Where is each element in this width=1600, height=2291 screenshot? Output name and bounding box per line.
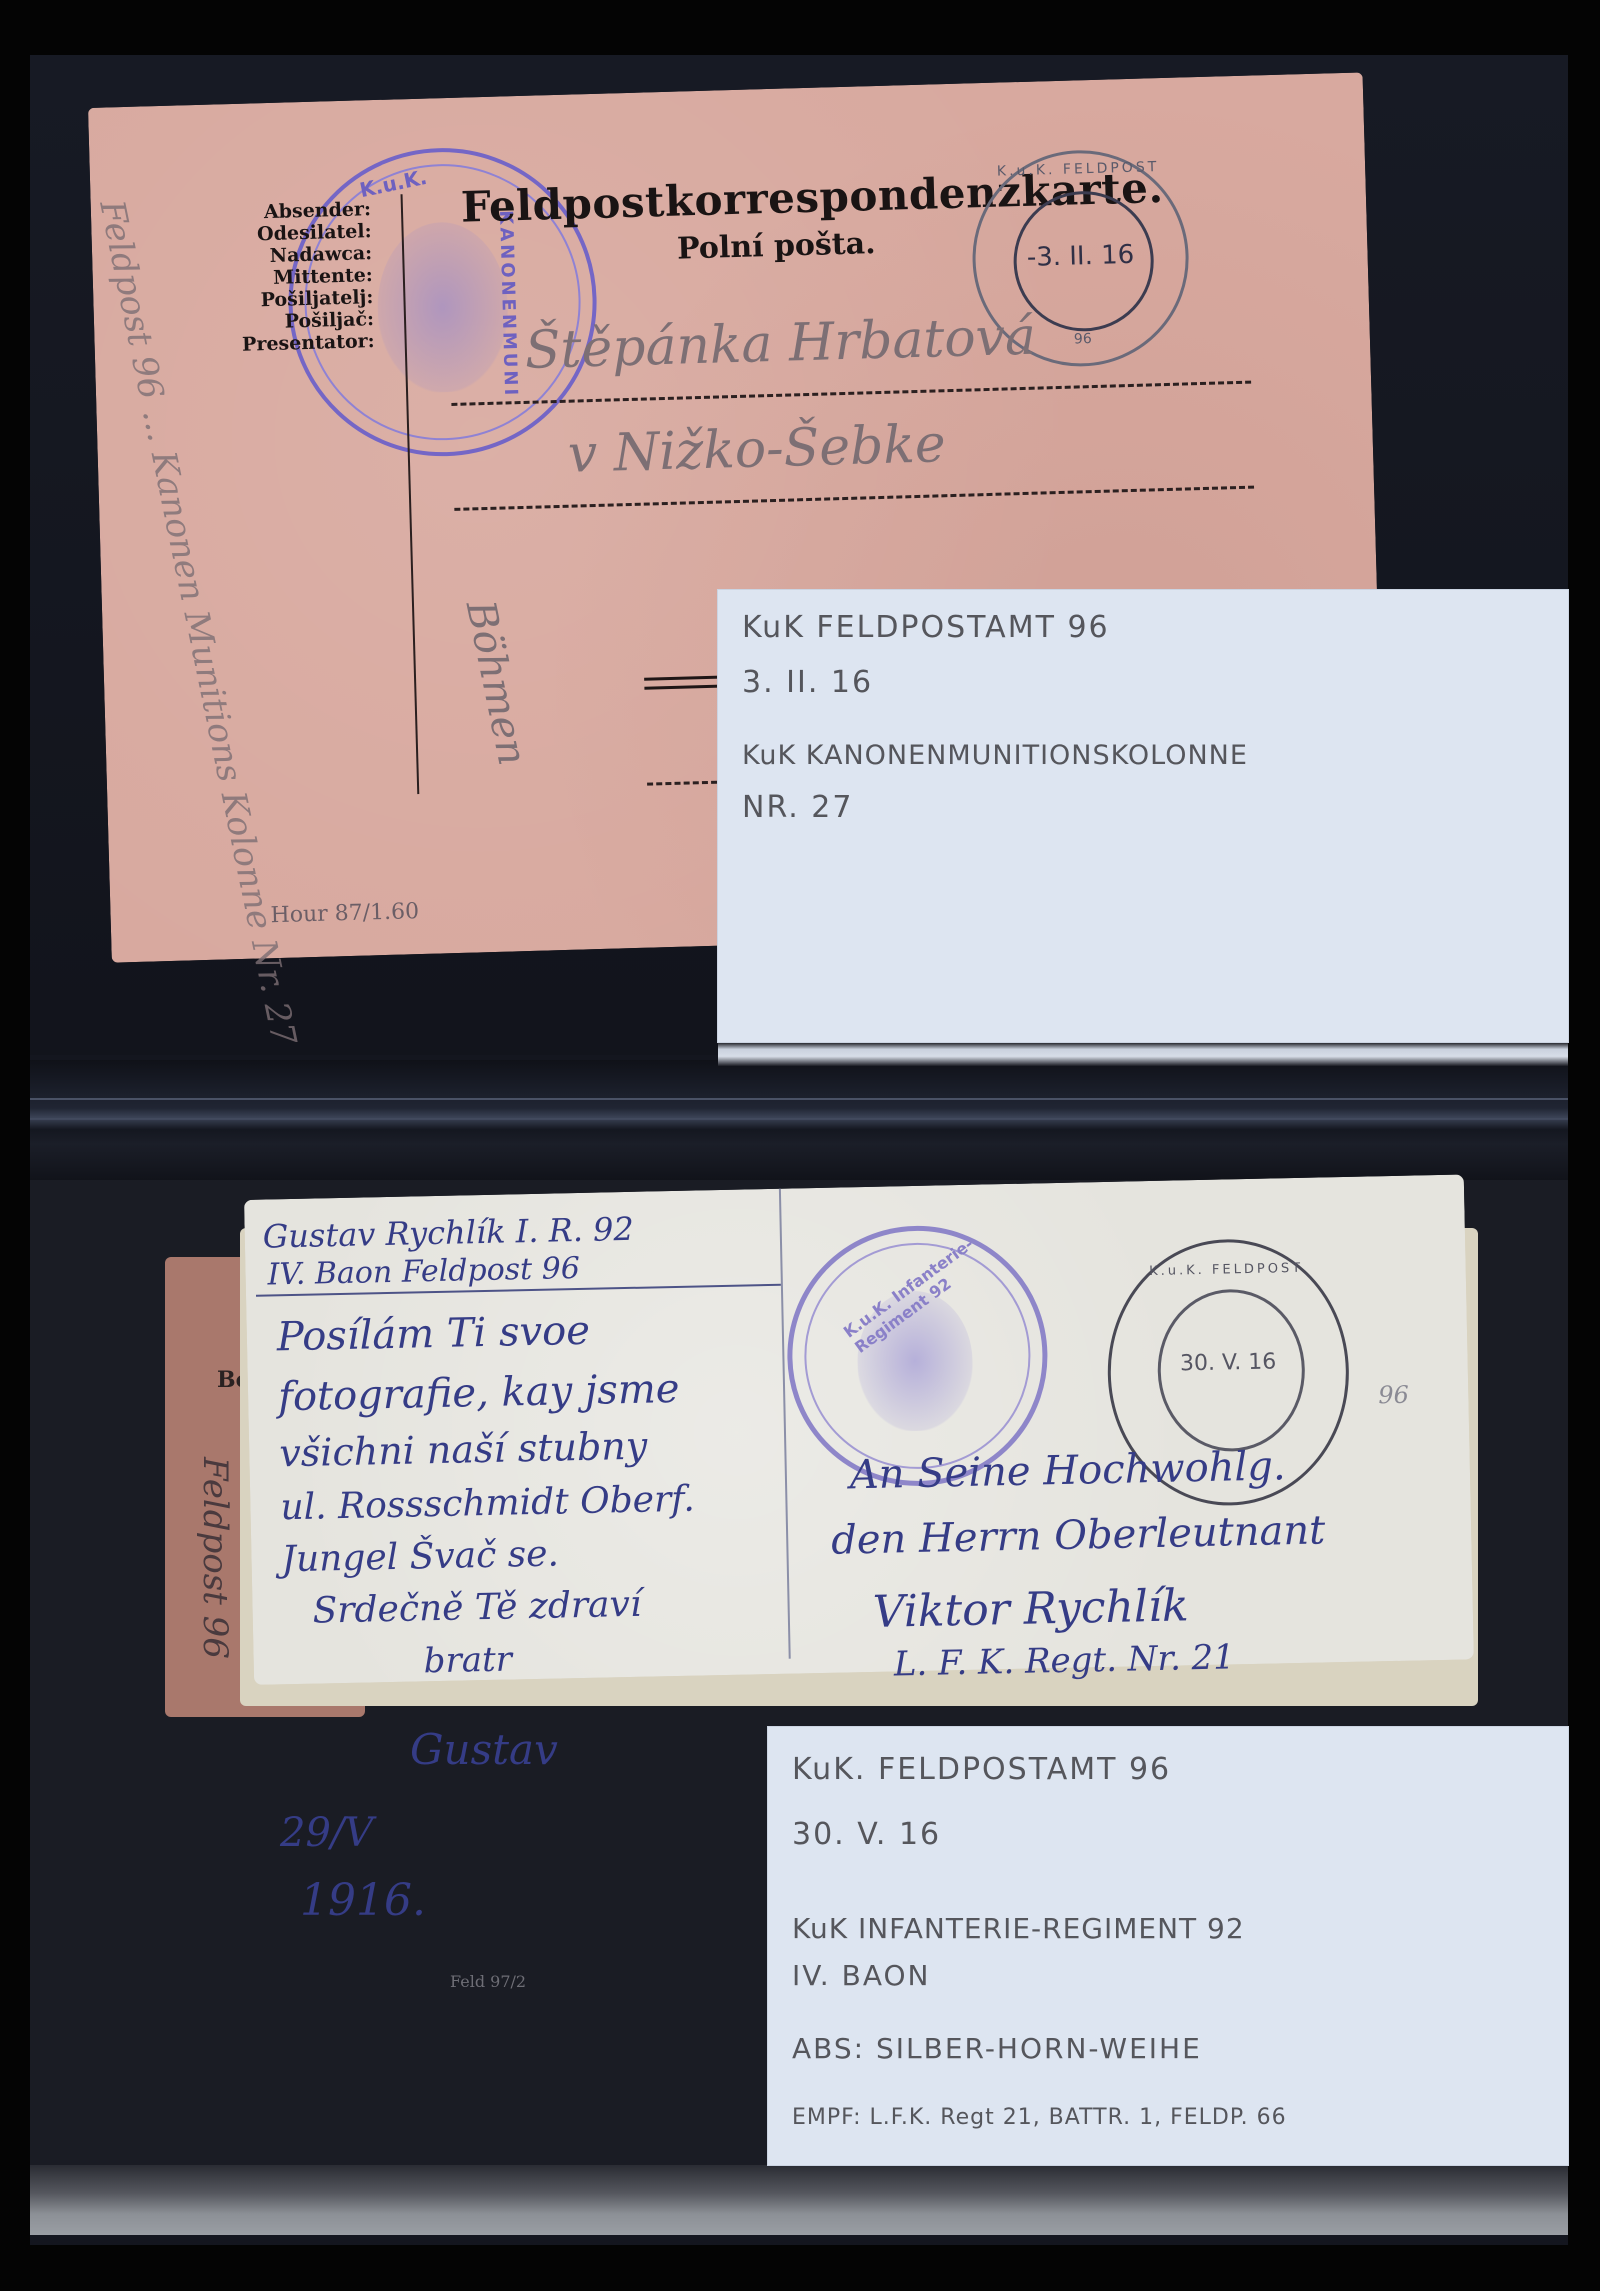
sender-unit-handwriting: IV. Baon Feldpost 96 (267, 1251, 580, 1293)
dealer-pencil-note: Hour 87/1.60 (270, 899, 419, 928)
label-line: EMPF: L.F.K. Regt 21, BATTR. 1, FELDP. 6… (792, 2105, 1287, 2130)
address-line: Viktor Rychlík (872, 1580, 1189, 1638)
message-line: Jungel Švač se. (281, 1533, 559, 1580)
address-handwriting-region: Böhmen (457, 597, 536, 769)
message-date-day: 29/V (280, 1810, 373, 1856)
description-label-bottom: KuK. FELDPOSTAMT 96 30. V. 16 KuK INFANT… (768, 1727, 1568, 2165)
address-handwriting-name: Štěpánka Hrbatová (524, 307, 1037, 381)
sender-label: Presentator: (219, 330, 375, 356)
message-date-year: 1916. (300, 1875, 426, 1926)
card-subtitle: Polní pošta. (677, 226, 876, 267)
label-line: ABS: SILBER-HORN-WEIHE (792, 2032, 1202, 2065)
label-line: KuK INFANTERIE-REGIMENT 92 (792, 1912, 1245, 1945)
back-card-handwriting: Feldpost 96 (195, 1457, 235, 1659)
label-edge-shadow (718, 1042, 1568, 1066)
address-line: An Seine Hochwohlg. (849, 1443, 1286, 1498)
sleeve-edge-line (30, 1098, 1568, 1100)
label-line: 3. II. 16 (742, 665, 873, 700)
sender-name-handwriting: Gustav Rychlík I. R. 92 (262, 1210, 634, 1256)
label-line: IV. BAON (792, 1959, 930, 1992)
pencil-number: 96 (1378, 1381, 1409, 1410)
sleeve-divider-strip (30, 1060, 1568, 1180)
postmark-top-text: K.u.K. FELDPOST (1109, 1260, 1344, 1280)
signature: Gustav (410, 1725, 558, 1774)
label-line: KuK KANONENMUNITIONSKOLONNE (742, 740, 1248, 771)
address-line: L. F. K. Regt. Nr. 21 (893, 1637, 1235, 1684)
message-line: fotografie, kay jsme (278, 1366, 680, 1420)
feldpost-card-bottom: Gustav Rychlík I. R. 92 IV. Baon Feldpos… (244, 1174, 1474, 1684)
sleeve-bottom-edge (30, 2165, 1568, 2235)
divider-line (779, 1189, 791, 1659)
label-line: KuK FELDPOSTAMT 96 (742, 610, 1110, 645)
message-line: všichni naší stubny (279, 1424, 648, 1476)
address-line (647, 781, 717, 786)
postmark-date: 30. V. 16 (1110, 1348, 1345, 1378)
message-line: Posílám Ti svoe (276, 1308, 590, 1361)
label-line: 30. V. 16 (792, 1817, 941, 1852)
address-double-line (644, 675, 724, 689)
postmark-top-text: K.u.K. FELDPOST (973, 158, 1183, 180)
message-line: bratr (423, 1639, 512, 1681)
address-handwriting-town: v Nižko-Šebke (567, 414, 946, 485)
postmark-date: -3. II. 16 (975, 238, 1186, 274)
description-label-top: KuK FELDPOSTAMT 96 3. II. 16 KuK KANONEN… (718, 590, 1568, 1042)
address-line (454, 486, 1254, 511)
sender-labels: Absender: Odesilatel: Nadawca: Mittente:… (216, 198, 375, 356)
address-line: den Herrn Oberleutnant (831, 1507, 1326, 1563)
sleeve-edge-line (30, 1118, 1568, 1120)
label-line: KuK. FELDPOSTAMT 96 (792, 1752, 1171, 1787)
message-line: Srdečně Tě zdraví (312, 1584, 642, 1632)
dealer-pencil-note: Feld 97/2 (450, 1972, 526, 1991)
label-line: NR. 27 (742, 790, 853, 825)
message-line: ul. Rossschmidt Oberf. (280, 1479, 695, 1529)
